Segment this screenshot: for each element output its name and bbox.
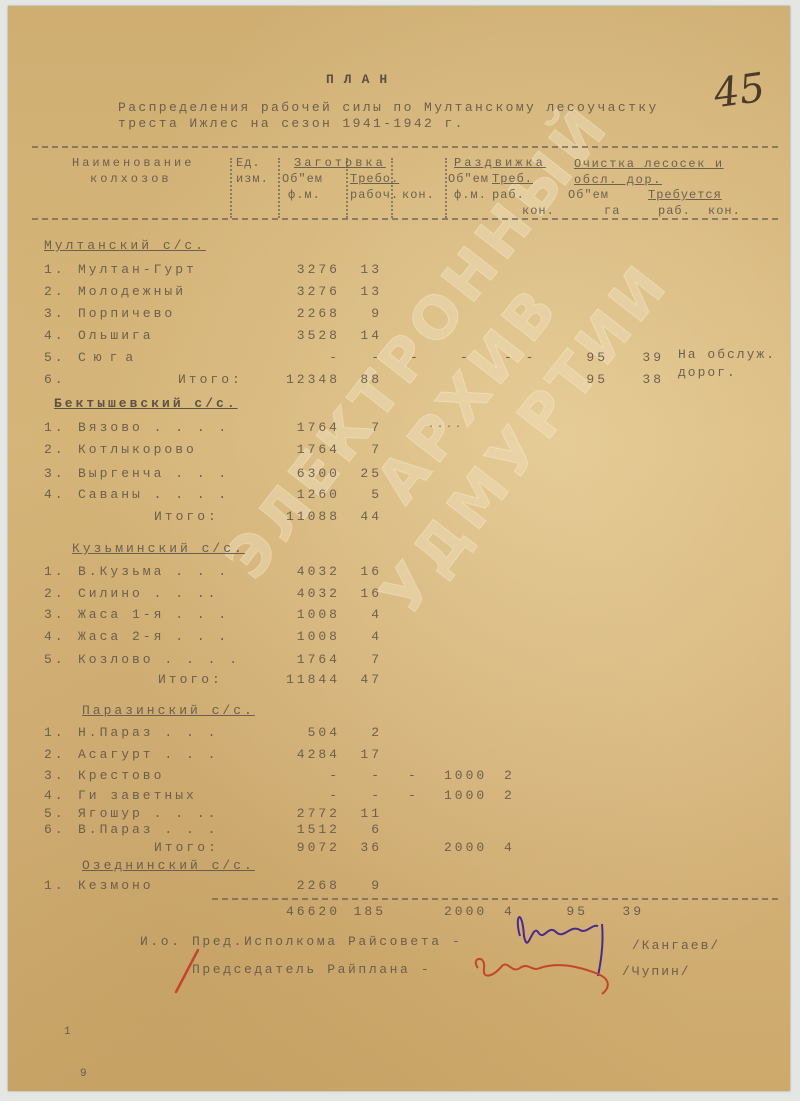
document-page: ЭЛЕКТРОННЫЙ АРХИВ УДМУРТИИ 45 ПЛАН Распр…	[8, 6, 790, 1091]
margin-mark: 1	[64, 1026, 74, 1038]
red-slash-mark	[176, 950, 198, 992]
handwritten-signatures	[8, 6, 790, 1091]
margin-mark: 9	[80, 1068, 90, 1080]
red-signature	[476, 959, 608, 994]
